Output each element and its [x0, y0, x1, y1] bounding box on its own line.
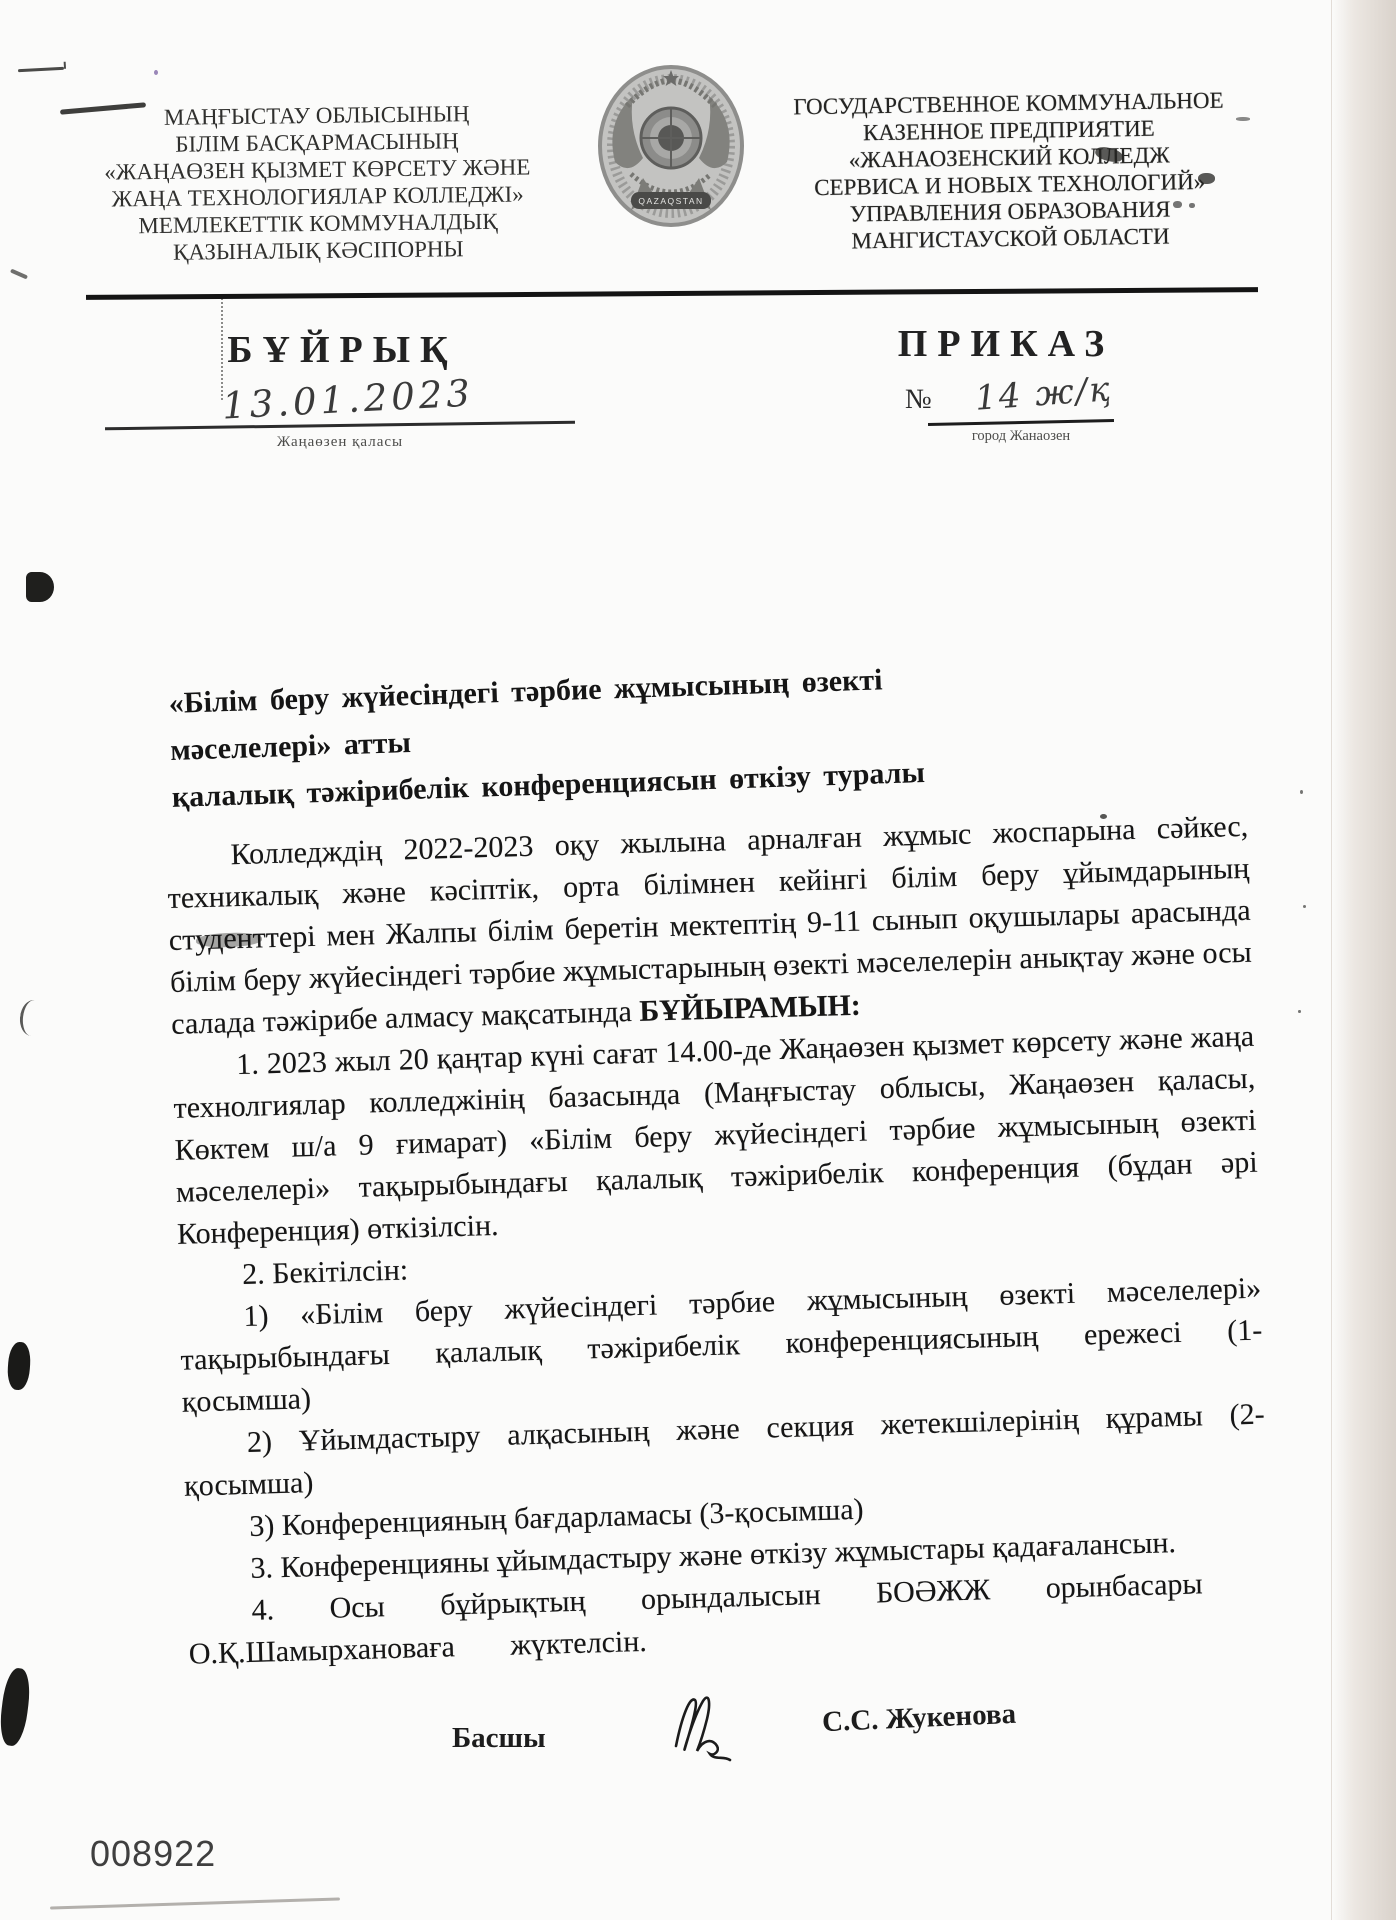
- place-label-russian: город Жанаозен: [928, 428, 1114, 445]
- pen-curve-mark: [18, 999, 47, 1037]
- order-title-russian: ПРИКАЗ: [830, 322, 1182, 366]
- org-name-line: БІЛІМ БАСҚАРМАСЫНЫҢ: [79, 126, 554, 159]
- scan-line-artifact: [50, 1897, 340, 1909]
- kazakhstan-state-emblem-icon: QAZAQSTAN: [597, 64, 745, 228]
- scanned-order-document: МАҢҒЫСТАУ ОБЛЫСЫНЫҢ БІЛІМ БАСҚАРМАСЫНЫҢ …: [0, 0, 1396, 1920]
- order-body: Колледждің 2022-2023 оқу жылына арналған…: [166, 806, 1271, 1676]
- handwritten-signature: [662, 1688, 742, 1766]
- org-name-line: УПРАВЛЕНИЯ ОБРАЗОВАНИЯ: [772, 194, 1247, 228]
- order-title-kazakh: БҰЙРЫҚ: [170, 328, 515, 372]
- date-underline: [105, 421, 575, 430]
- form-serial-number: 008922: [90, 1833, 216, 1875]
- emblem-banner-text: QAZAQSTAN: [638, 196, 703, 206]
- scan-edge-shadow: [1331, 0, 1396, 1920]
- handwritten-order-number: 14 ж/қ: [974, 369, 1113, 418]
- binder-mark: [26, 572, 54, 602]
- org-name-line: ГОСУДАРСТВЕННОЕ КОММУНАЛЬНОЕ: [771, 86, 1246, 120]
- org-name-line: ЖАҢА ТЕХНОЛОГИЯЛАР КОЛЛЕДЖІ»: [80, 180, 555, 213]
- place-label-kazakh: Жаңаөзен қаласы: [105, 434, 575, 451]
- org-name-line: «ЖАҢАӨЗЕН ҚЫЗМЕТ КӨРСЕТУ ЖӘНЕ: [80, 153, 555, 186]
- preamble-paragraph: Колледждің 2022-2023 оқу жылына арналған…: [166, 806, 1253, 1046]
- org-name-line: «ЖАНАОЗЕНСКИЙ КОЛЛЕДЖ: [772, 140, 1247, 174]
- ink-speck: [1298, 1010, 1301, 1013]
- org-name-line: МАНГИСТАУСКОЙ ОБЛАСТИ: [773, 221, 1248, 255]
- org-name-line: КАЗЕННОЕ ПРЕДПРИЯТИЕ: [771, 113, 1246, 147]
- org-name-line: МЕМЛЕКЕТТІК КОММУНАЛДЫҚ: [80, 207, 555, 240]
- header-divider-line: [86, 287, 1258, 299]
- pen-stroke-mark: [18, 67, 64, 72]
- handwritten-date: 13.01.2023: [221, 371, 475, 427]
- ink-speck: [154, 70, 158, 75]
- preamble-directive: БҰЙЫРАМЫН:: [639, 989, 861, 1028]
- org-name-line: ҚАЗЫНАЛЫҚ КӘСІПОРНЫ: [81, 234, 556, 267]
- binder-mark: [6, 1341, 31, 1390]
- signatory-position: Басшы: [452, 1722, 546, 1755]
- org-name-kazakh: МАҢҒЫСТАУ ОБЛЫСЫНЫҢ БІЛІМ БАСҚАРМАСЫНЫҢ …: [79, 99, 556, 267]
- number-underline: [928, 419, 1114, 426]
- order-item-1: 1. 2023 жыл 20 қаңтар күні сағат 14.00-д…: [172, 1016, 1259, 1256]
- scan-smudge: [10, 269, 28, 280]
- order-subject: «Білім беру жүйесіндегі тәрбие жұмысының…: [168, 650, 1072, 821]
- org-name-line: МАҢҒЫСТАУ ОБЛЫСЫНЫҢ: [79, 99, 554, 132]
- org-name-russian: ГОСУДАРСТВЕННОЕ КОММУНАЛЬНОЕ КАЗЕННОЕ ПР…: [771, 86, 1248, 255]
- org-name-line: СЕРВИСА И НОВЫХ ТЕХНОЛОГИЙ»: [772, 167, 1247, 201]
- ink-speck: [1303, 905, 1306, 908]
- ink-speck: [1300, 790, 1303, 794]
- number-sign: №: [905, 384, 932, 416]
- signatory-name: С.С. Жукенова: [821, 1698, 1016, 1739]
- binder-mark: [0, 1667, 33, 1748]
